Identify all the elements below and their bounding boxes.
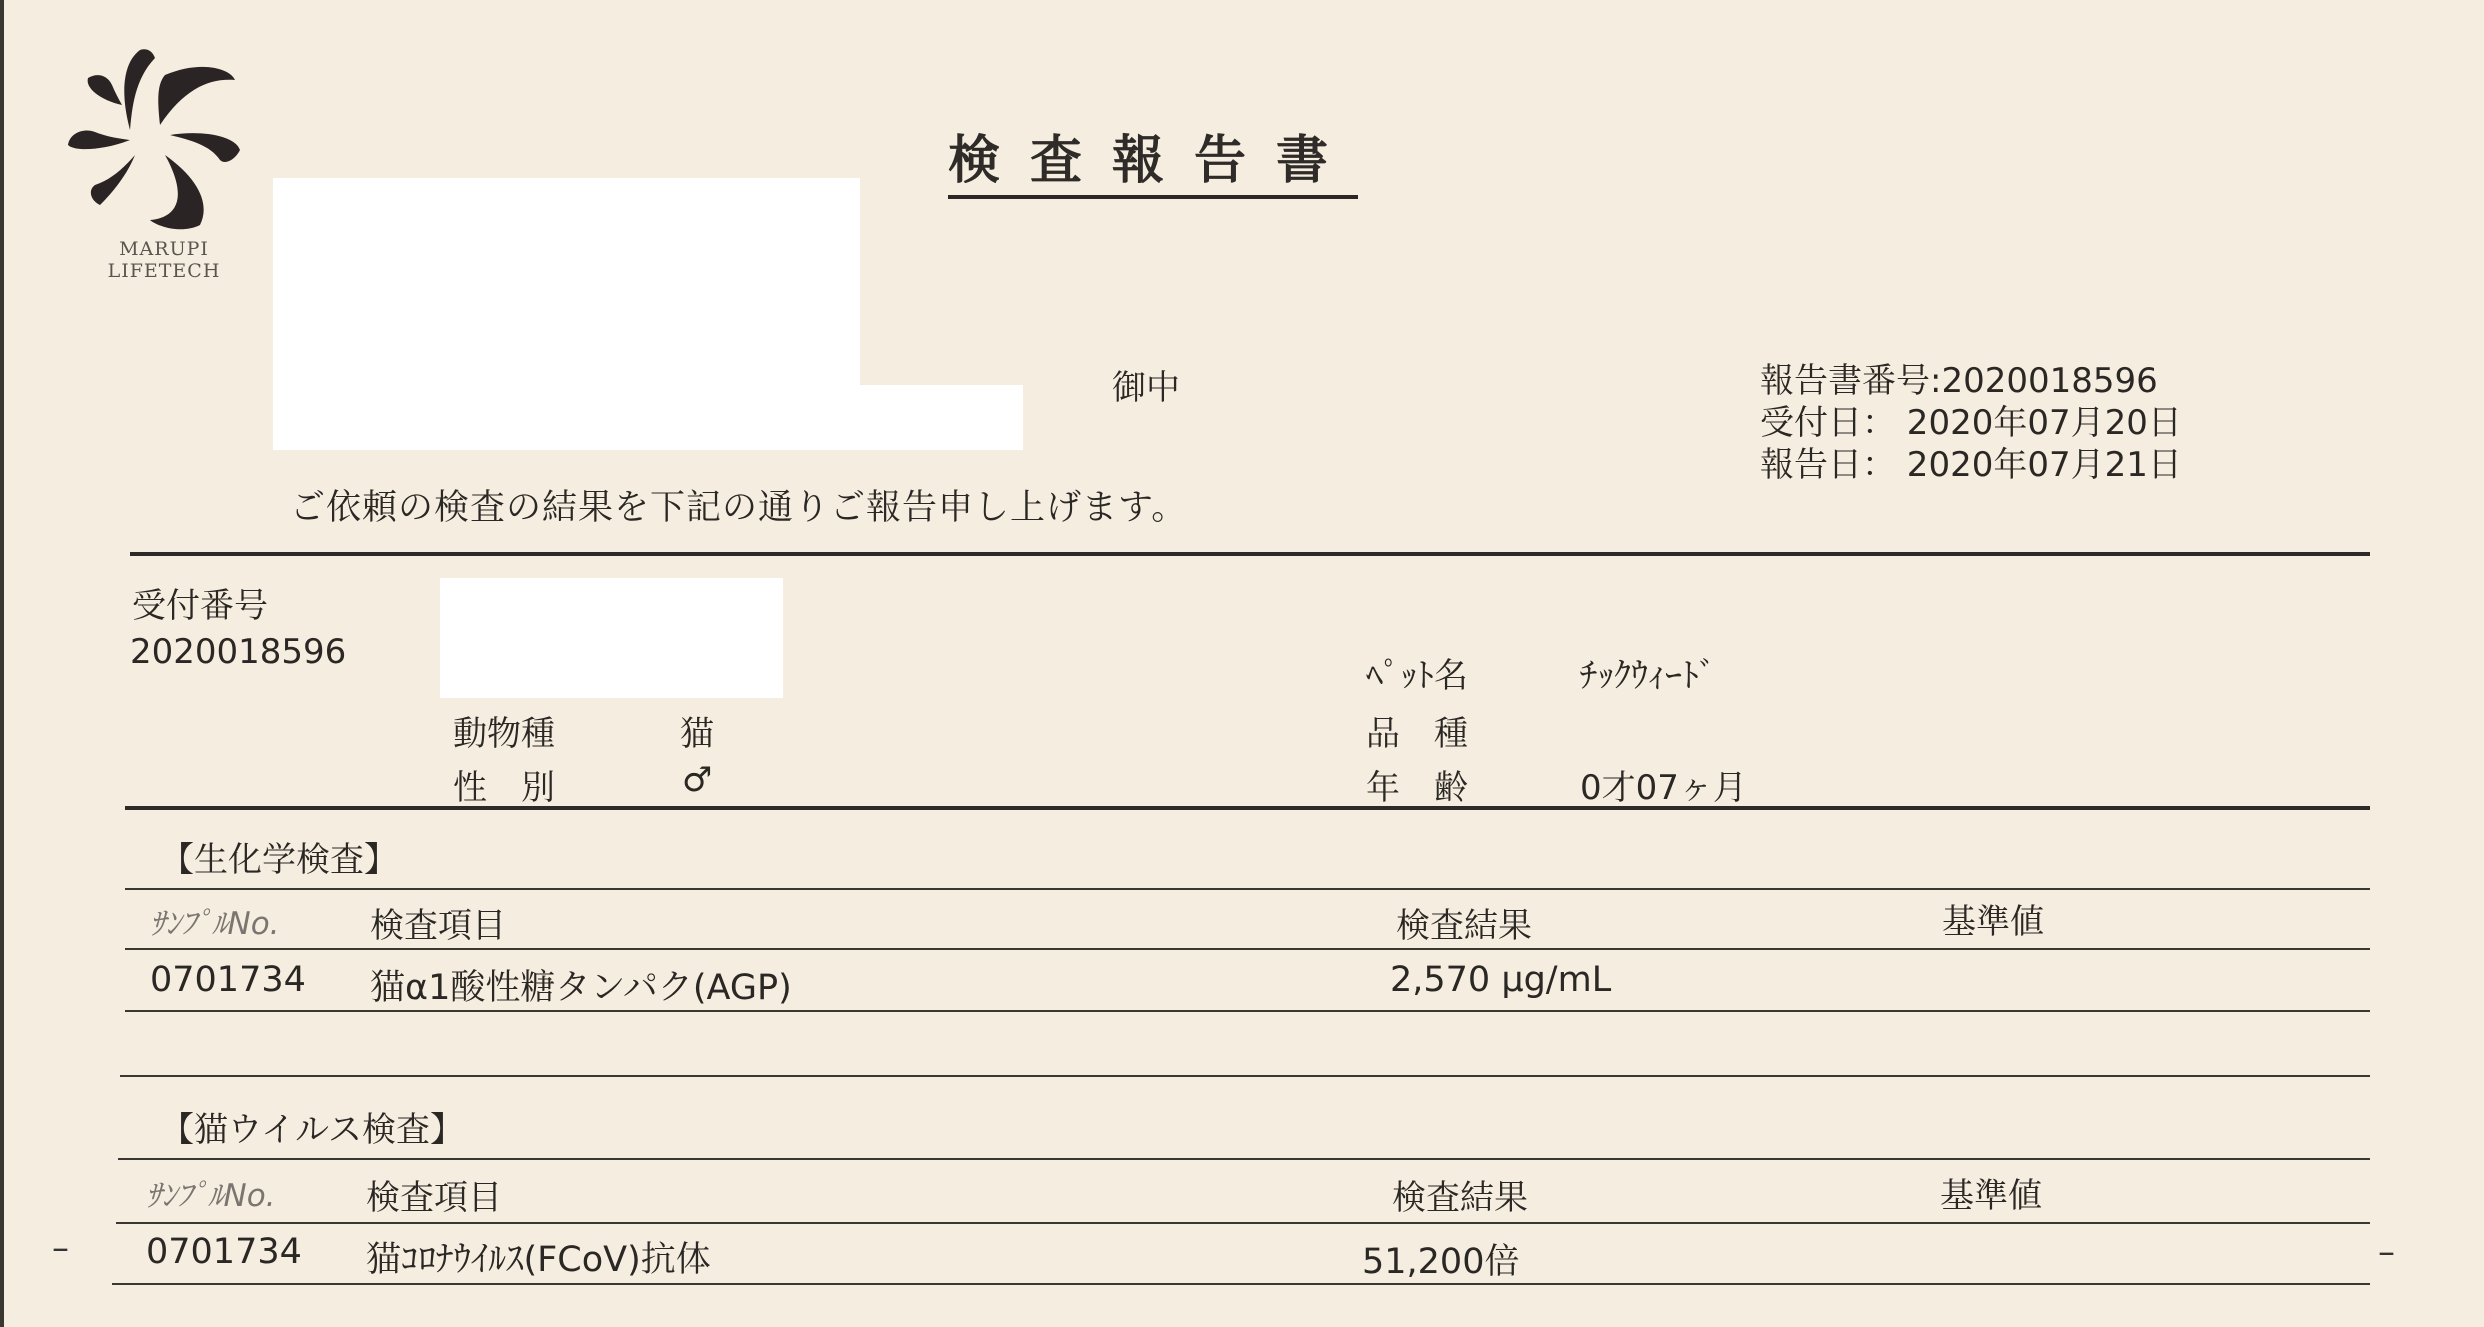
col-header-sample-no: ｻﾝﾌﾟﾙNo. (150, 898, 280, 943)
report-date-value: ： 2020年07月21日 (1862, 445, 2182, 485)
sample-no: 0701734 (150, 960, 306, 1000)
company-logo: MARUPI LIFETECH (60, 40, 250, 260)
report-number-label: 報告書番号 (1760, 361, 1930, 401)
test-item: 猫α1酸性糖タンパク(AGP) (370, 960, 792, 1010)
section-heading-virus: 【猫ウイルス検査】 (160, 1102, 464, 1151)
margin-mark-right: – (2378, 1232, 2395, 1272)
received-date-value: ： 2020年07月20日 (1862, 403, 2182, 443)
report-date-label: 報告日 (1760, 445, 1862, 485)
paper-edge (0, 0, 4, 1327)
col-header-result: 検査結果 (1392, 1170, 1528, 1219)
col-header-test-item: 検査項目 (370, 898, 506, 947)
divider-patient-bottom (125, 806, 2370, 810)
age-label: 年 齢 (1366, 760, 1468, 809)
divider (116, 1222, 2370, 1224)
redacted-recipient-extension (273, 385, 1023, 450)
divider (125, 948, 2370, 950)
margin-mark-left: – (52, 1228, 69, 1268)
sex-value: ♂ (682, 760, 712, 800)
pinwheel-logo-icon (60, 40, 250, 230)
logo-brand-line2: LIFETECH (74, 260, 254, 282)
sample-no: 0701734 (146, 1232, 302, 1272)
report-number-row: 報告書番号:2020018596 (1760, 360, 2182, 402)
document-title: 検査報告書 (948, 118, 1358, 199)
divider-patient-top (130, 552, 2370, 556)
test-result: 51,200倍 (1362, 1234, 1519, 1284)
col-header-test-item: 検査項目 (366, 1170, 502, 1219)
received-date-label: 受付日 (1760, 403, 1862, 443)
col-header-sample-no: ｻﾝﾌﾟﾙNo. (146, 1170, 276, 1215)
report-date-row: 報告日： 2020年07月21日 (1760, 444, 2182, 486)
test-result: 2,570 μg/mL (1390, 960, 1611, 1000)
breed-label: 品 種 (1366, 706, 1468, 755)
report-number-value: :2020018596 (1930, 361, 2158, 401)
intro-text: ご依頼の検査の結果を下記の通りご報告申し上げます。 (290, 480, 1187, 530)
logo-brand-line1: MARUPI (74, 238, 254, 260)
age-value: 0才07ヶ月 (1580, 760, 1747, 809)
report-info: 報告書番号:2020018596 受付日： 2020年07月20日 報告日： 2… (1760, 360, 2182, 486)
redacted-owner-name (440, 578, 783, 698)
reception-number-value: 2020018596 (130, 632, 346, 672)
species-label: 動物種 (453, 706, 555, 755)
test-item: 猫ｺﾛﾅｳｲﾙｽ(FCoV)抗体 (366, 1232, 711, 1282)
col-header-reference: 基準値 (1942, 894, 2044, 943)
section-heading-biochem: 【生化学検査】 (160, 832, 398, 881)
col-header-reference: 基準値 (1940, 1168, 2042, 1217)
divider (125, 888, 2370, 890)
col-header-result: 検査結果 (1396, 898, 1532, 947)
species-value: 猫 (680, 706, 714, 755)
divider (112, 1283, 2370, 1285)
reception-number-label: 受付番号 (132, 578, 268, 627)
divider (118, 1158, 2370, 1160)
divider (120, 1075, 2370, 1077)
received-date-row: 受付日： 2020年07月20日 (1760, 402, 2182, 444)
pet-name-label: ﾍﾟｯﾄ名 (1366, 648, 1468, 697)
recipient-honorific: 御中 (1112, 360, 1180, 409)
pet-name-value: ﾁｯｸｳｨｰﾄﾞ (1580, 648, 1716, 697)
divider (125, 1010, 2370, 1012)
sex-label: 性 別 (453, 760, 555, 809)
